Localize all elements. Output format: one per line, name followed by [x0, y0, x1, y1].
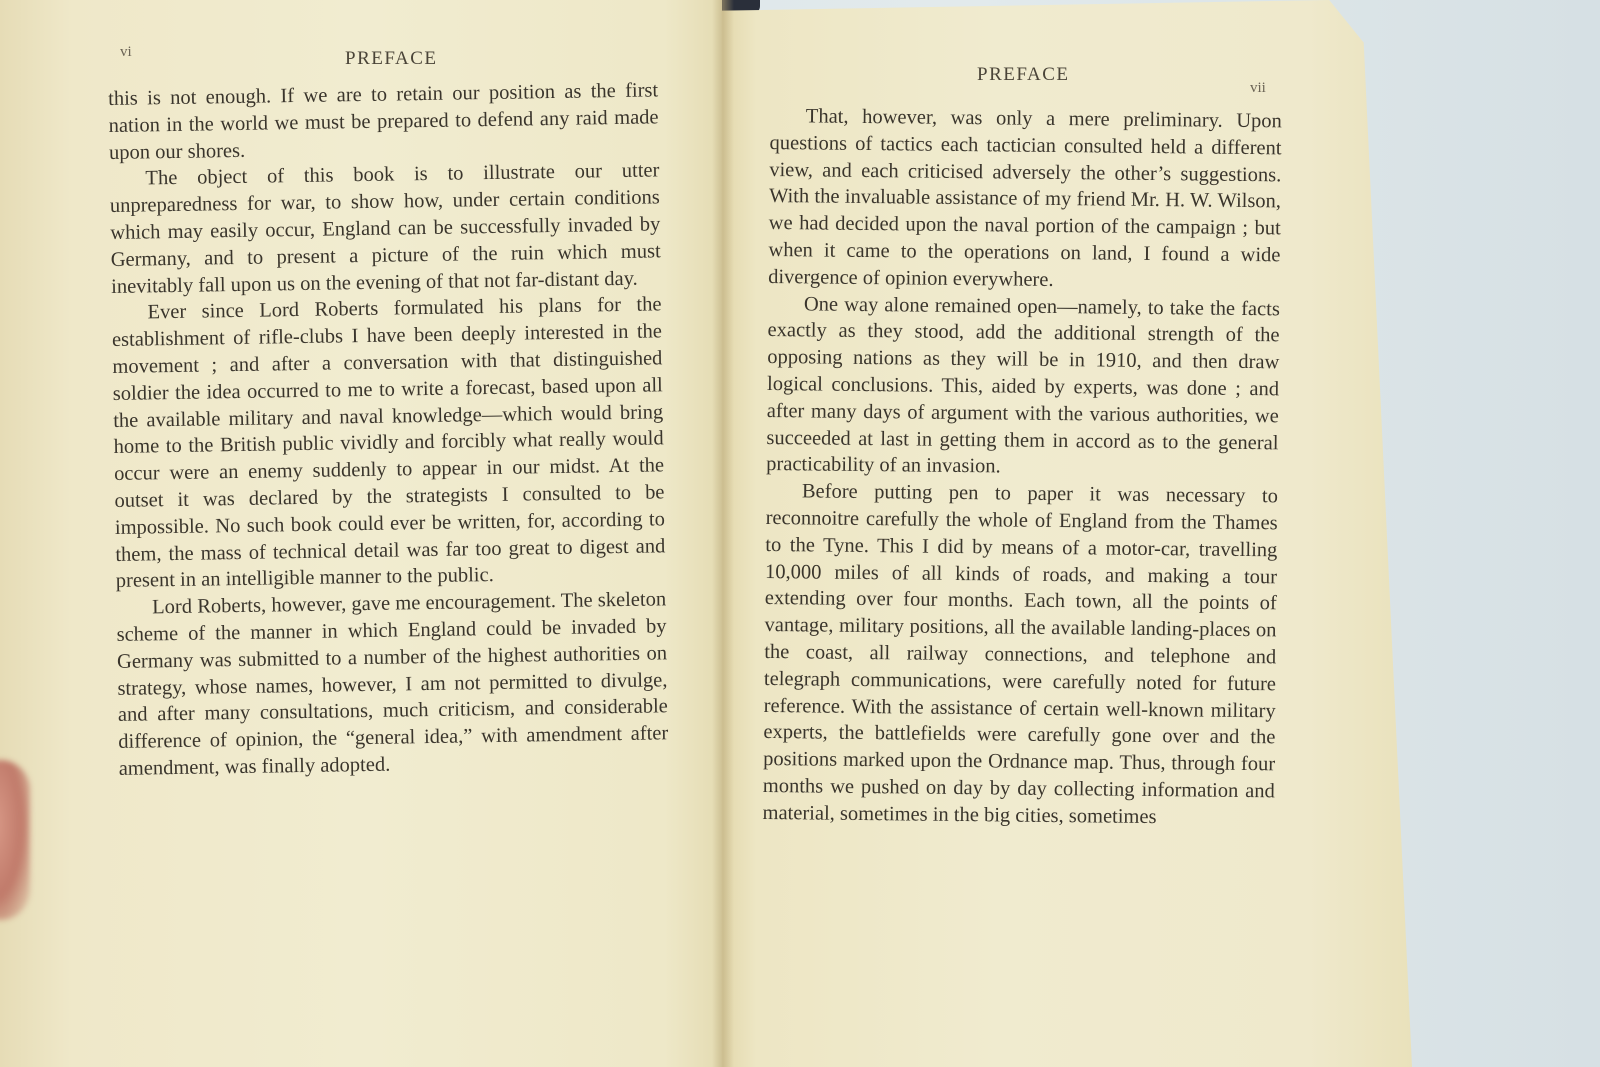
- paragraph: That, however, was only a mere prelimina…: [768, 103, 1282, 296]
- paragraph: Before putting pen to paper it was neces…: [762, 478, 1278, 832]
- page-number-right: vii: [1250, 80, 1266, 97]
- paragraph: The object of this book is to illustrate…: [109, 158, 661, 301]
- thumb-holding-page: [0, 760, 30, 920]
- book-gutter: [712, 0, 734, 1067]
- right-page-body: That, however, was only a mere prelimina…: [762, 103, 1282, 832]
- paragraph: Ever since Lord Roberts formulated his p…: [111, 292, 666, 595]
- left-page-body: this is not enough. If we are to retain …: [108, 77, 669, 782]
- paragraph: Lord Roberts, however, gave me encourage…: [116, 586, 669, 782]
- page-number-left: vi: [120, 44, 132, 61]
- paragraph: this is not enough. If we are to retain …: [108, 77, 659, 166]
- running-head-right: PREFACE: [977, 64, 1070, 86]
- running-head-left: PREFACE: [345, 48, 438, 70]
- paragraph: One way alone remained open—namely, to t…: [766, 291, 1280, 484]
